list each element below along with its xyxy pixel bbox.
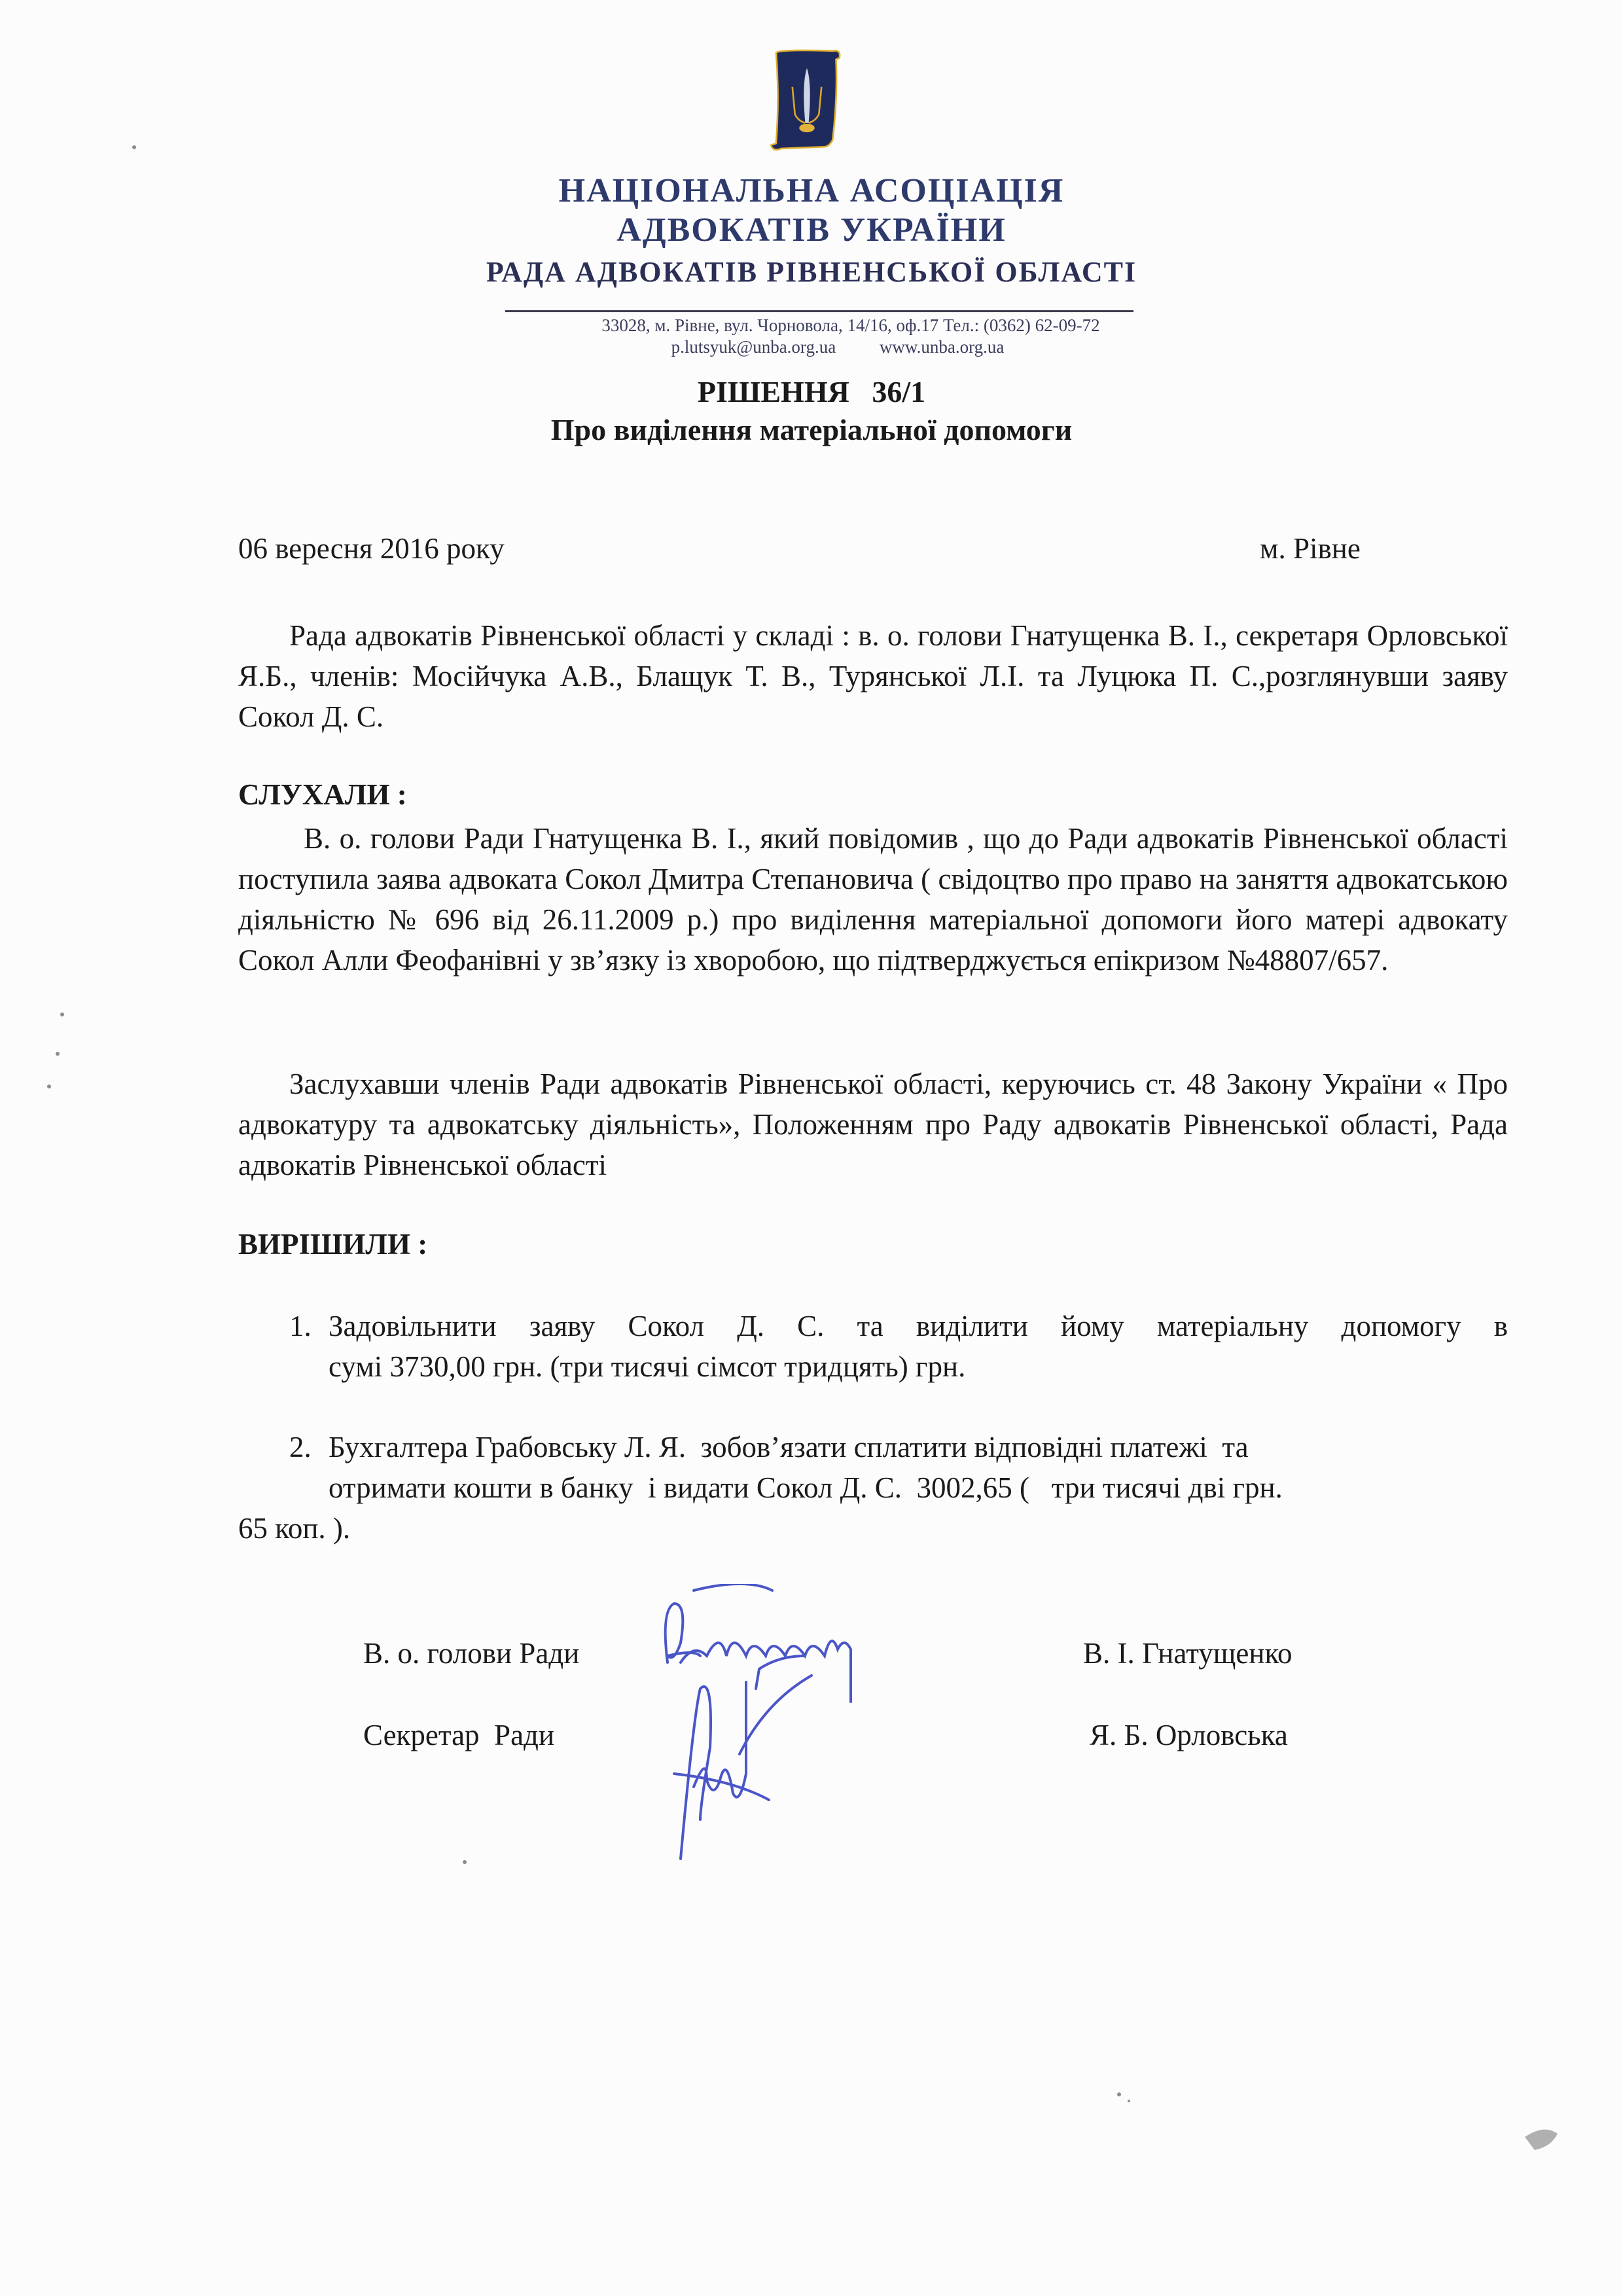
document-city: м. Рівне	[1260, 531, 1361, 565]
heard-paragraph: В. о. голови Ради Гнатущенка В. І., який…	[238, 818, 1508, 980]
decision-text-line2: сумі 3730,00 грн. (три тисячі сімсот три…	[238, 1346, 1508, 1387]
signatory-name-secretary: Я. Б. Орловська	[1090, 1718, 1288, 1752]
decision-text-line1: Задовільнити заяву Сокол Д. С. та виділи…	[329, 1310, 1508, 1342]
document-title: РІШЕННЯ 36/1	[0, 374, 1623, 409]
letterhead-address: 33028, м. Рівне, вул. Чорновола, 14/16, …	[39, 315, 1623, 336]
document-date: 06 вересня 2016 року	[238, 531, 505, 565]
signatory-role-chair: В. о. голови Ради	[363, 1636, 579, 1670]
signatory-role-secretary: Секретар Ради	[363, 1718, 554, 1752]
handwritten-signatures-icon	[654, 1584, 1113, 1872]
document-subtitle: Про виділення матеріальної допомоги	[0, 412, 1623, 447]
decision-number: 2.	[289, 1427, 329, 1467]
letterhead-contacts: p.lutsyuk@unba.org.ua www.unba.org.ua	[26, 337, 1623, 357]
letterhead-council-name: РАДА АДВОКАТІВ РІВНЕНСЬКОЇ ОБЛАСТІ	[0, 255, 1623, 289]
letterhead-org-name-line1: НАЦІОНАЛЬНА АСОЦІАЦІЯ	[0, 171, 1623, 210]
decision-text-line3: 65 коп. ).	[238, 1508, 1508, 1549]
decision-text-line2: отримати кошти в банку і видати Сокол Д.…	[238, 1467, 1508, 1508]
decision-number: 1.	[289, 1306, 329, 1346]
letterhead-divider	[505, 310, 1133, 312]
letterhead-email: p.lutsyuk@unba.org.ua	[671, 337, 836, 357]
considered-paragraph: Заслухавши членів Ради адвокатів Рівненс…	[238, 1064, 1508, 1185]
decision-item-2: 2.Бухгалтера Грабовську Л. Я. зобов’язат…	[238, 1427, 1508, 1549]
letterhead-website: www.unba.org.ua	[880, 337, 1004, 357]
signatory-name-chair: В. І. Гнатущенко	[1083, 1636, 1293, 1670]
intro-paragraph: Рада адвокатів Рівненської області у скл…	[238, 615, 1508, 737]
decision-text-line1: Бухгалтера Грабовську Л. Я. зобов’язати …	[329, 1431, 1249, 1463]
heard-heading: СЛУХАЛИ :	[238, 778, 407, 812]
bar-association-logo-icon	[763, 46, 851, 157]
decided-heading: ВИРІШИЛИ :	[238, 1227, 427, 1261]
letterhead-org-name-line2: АДВОКАТІВ УКРАЇНИ	[0, 211, 1623, 249]
decision-item-1: 1.Задовільнити заяву Сокол Д. С. та виді…	[238, 1306, 1508, 1387]
